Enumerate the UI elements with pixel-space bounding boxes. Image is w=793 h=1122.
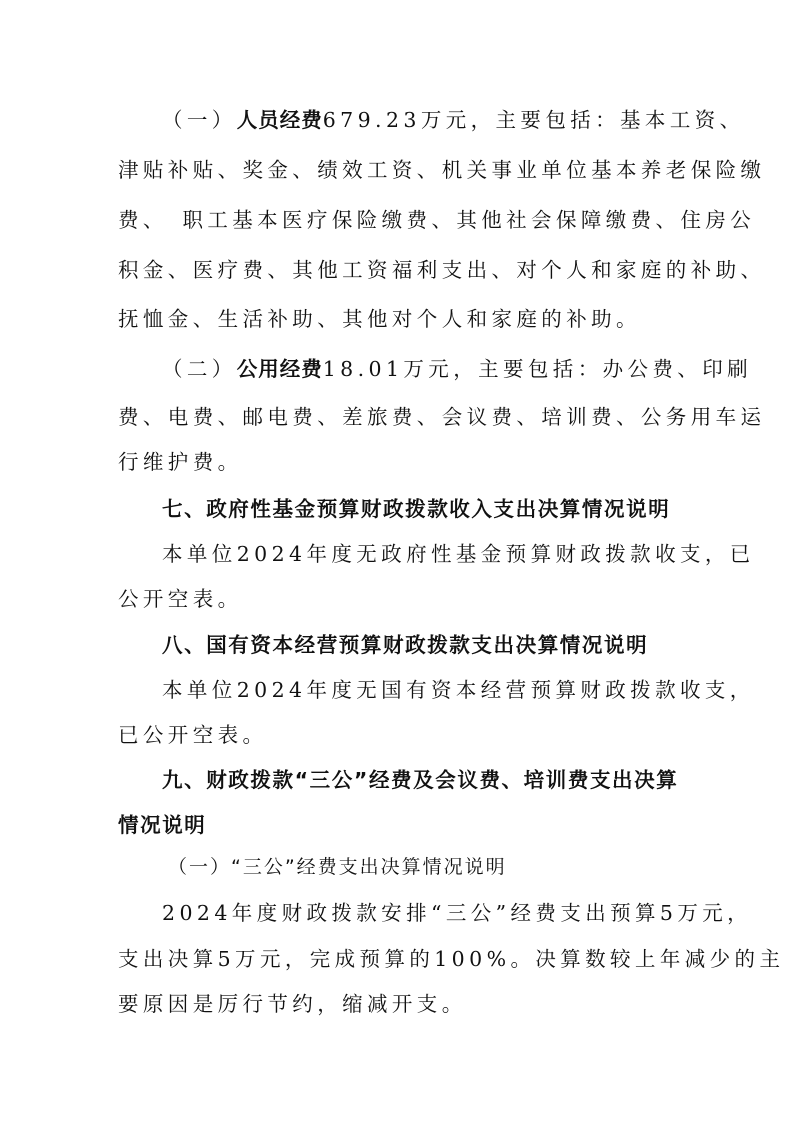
section-heading-8: 八、国有资本经营预算财政拨款支出决算情况说明 bbox=[162, 628, 648, 658]
subheading-three-public: （一）“三公”经费支出决算情况说明 bbox=[168, 852, 507, 879]
paragraph-line: 支出决算5万元，完成预算的100%。决算数较上年减少的主 bbox=[118, 942, 784, 972]
paragraph-line: 2024年度财政拨款安排“三公”经费支出预算5万元， bbox=[162, 896, 752, 926]
paragraph-line: 本单位2024年度无政府性基金预算财政拨款收支，已 bbox=[162, 537, 755, 567]
bold-term: 人员经费 bbox=[237, 108, 323, 132]
text: 679.23万元，主要包括：基本工资、 bbox=[323, 108, 745, 132]
paragraph-line: 费、电费、邮电费、差旅费、会议费、培训费、公务用车运 bbox=[118, 400, 765, 430]
bold-term: 公用经费 bbox=[237, 357, 323, 381]
paragraph-line: 要原因是厉行节约，缩减开支。 bbox=[118, 987, 467, 1017]
paragraph-line: 积金、医疗费、其他工资福利支出、对个人和家庭的补助、 bbox=[118, 253, 765, 283]
paragraph-line: 津贴补贴、奖金、绩效工资、机关事业单位基本养老保险缴 bbox=[118, 153, 765, 183]
item-prefix: （一） bbox=[162, 108, 237, 132]
public-expense-line-1: （二）公用经费18.01万元，主要包括：办公费、印刷 bbox=[162, 352, 752, 382]
section-heading-7: 七、政府性基金预算财政拨款收入支出决算情况说明 bbox=[162, 492, 670, 522]
paragraph-line: 费、 职工基本医疗保险缴费、其他社会保障缴费、住房公 bbox=[118, 203, 755, 233]
paragraph-line: 行维护费。 bbox=[118, 445, 243, 475]
section-heading-9-cont: 情况说明 bbox=[118, 808, 206, 838]
paragraph-line: 本单位2024年度无国有资本经营预算财政拨款收支， bbox=[162, 673, 755, 703]
paragraph-line: 公开空表。 bbox=[118, 582, 243, 612]
paragraph-line: 抚恤金、生活补助、其他对个人和家庭的补助。 bbox=[118, 302, 641, 332]
paragraph-line: 已公开空表。 bbox=[118, 718, 267, 748]
text: 18.01万元，主要包括：办公费、印刷 bbox=[323, 357, 752, 381]
item-prefix: （二） bbox=[162, 357, 237, 381]
section-heading-9: 九、财政拨款“三公”经费及会议费、培训费支出决算 bbox=[162, 763, 678, 793]
personnel-expense-line-1: （一）人员经费679.23万元，主要包括：基本工资、 bbox=[162, 103, 745, 133]
